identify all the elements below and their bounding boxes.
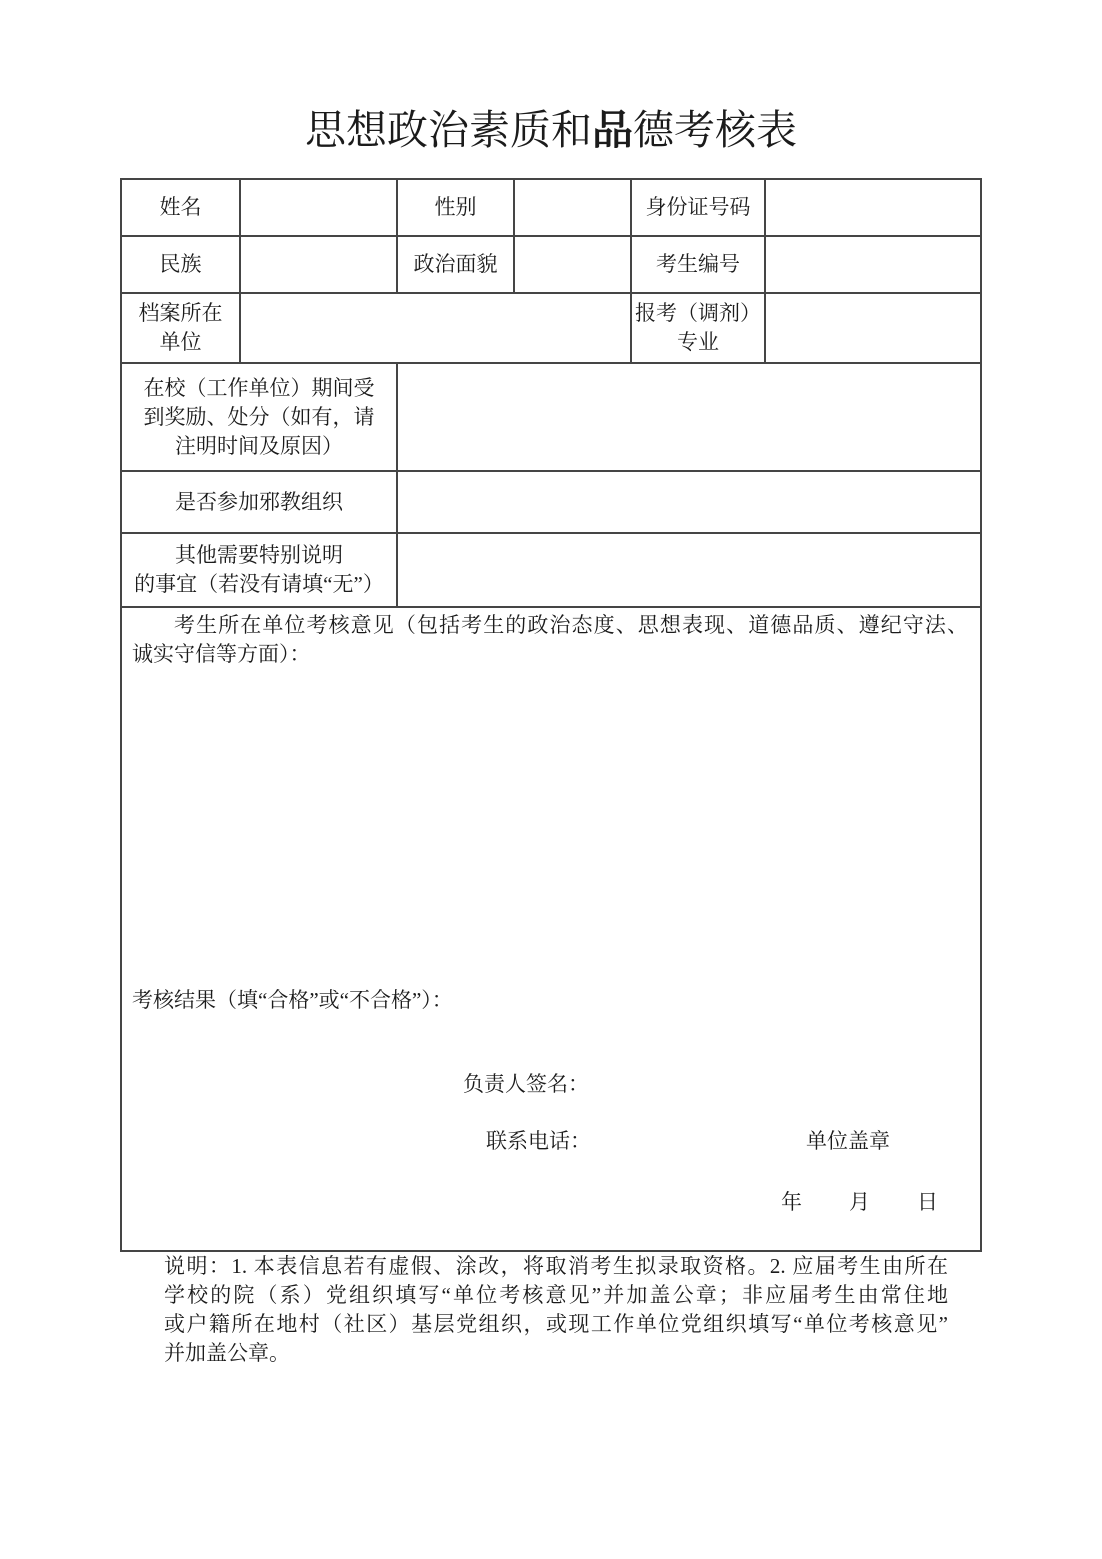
label-line: 的事宜（若没有请填“无”） (122, 570, 396, 599)
form-title: 思想政治素质和品德考核表 (0, 106, 1102, 154)
cult-participation-label: 是否参加邪教组织 (121, 471, 397, 533)
assessment-table: 姓名 性别 身份证号码 民族 政治面貌 考生编号 档案所在 单位 报考（调剂） … (120, 178, 982, 1252)
label-line: 档案所在 (122, 299, 239, 328)
phone-label: 联系电话： (486, 1127, 591, 1156)
label-line: 到奖励、处分（如有，请 (122, 403, 396, 432)
title-prefix: 思想政治素质和 (305, 107, 592, 153)
gender-label: 性别 (397, 179, 514, 236)
title-suffix: 德考核表 (633, 107, 797, 153)
date-day-label: 日 (917, 1188, 938, 1217)
candidate-number-input-cell[interactable] (765, 236, 981, 293)
applied-major-input-cell[interactable] (765, 293, 981, 363)
unit-opinion-heading-line2: 诚实守信等方面）： (132, 640, 968, 669)
unit-opinion-heading: 考生所在单位考核意见（包括考生的政治态度、思想表现、道德品质、遵纪守法、 诚实守… (132, 611, 968, 669)
id-number-label: 身份证号码 (631, 179, 765, 236)
archive-unit-input-cell[interactable] (240, 293, 631, 363)
table-row-ethnicity: 民族 政治面貌 考生编号 (121, 236, 981, 293)
table-row-other: 其他需要特别说明 的事宜（若没有请填“无”） (121, 533, 981, 607)
applied-major-label: 报考（调剂） 专业 (631, 293, 765, 363)
label-line: 其他需要特别说明 (122, 541, 396, 570)
instructions-line3: 或户籍所在地村（社区）基层党组织，或现工作单位党组织填写“单位考核意见” (164, 1310, 948, 1339)
other-matters-label: 其他需要特别说明 的事宜（若没有请填“无”） (121, 533, 397, 607)
other-matters-input-cell[interactable] (397, 533, 981, 607)
table-row-awards: 在校（工作单位）期间受 到奖励、处分（如有，请 注明时间及原因） (121, 363, 981, 471)
label-line: 单位 (122, 328, 239, 357)
unit-opinion-cell[interactable]: 考生所在单位考核意见（包括考生的政治态度、思想表现、道德品质、遵纪守法、 诚实守… (121, 607, 981, 1251)
awards-punishments-label: 在校（工作单位）期间受 到奖励、处分（如有，请 注明时间及原因） (121, 363, 397, 471)
instructions-line2: 学校的院（系）党组织填写“单位考核意见”并加盖公章；非应届考生由常住地 (164, 1281, 948, 1310)
name-label: 姓名 (121, 179, 240, 236)
ethnicity-input-cell[interactable] (240, 236, 397, 293)
title-bold-char: 品 (592, 107, 633, 153)
label-line: 报考（调剂） (632, 299, 764, 328)
archive-unit-label: 档案所在 单位 (121, 293, 240, 363)
ethnicity-label: 民族 (121, 236, 240, 293)
unit-opinion-heading-line1: 考生所在单位考核意见（包括考生的政治态度、思想表现、道德品质、遵纪守法、 (132, 611, 968, 640)
date-line: 年 月 日 (781, 1188, 938, 1217)
candidate-number-label: 考生编号 (631, 236, 765, 293)
table-row-cult: 是否参加邪教组织 (121, 471, 981, 533)
instructions-line1: 说明：1. 本表信息若有虚假、涂改，将取消考生拟录取资格。2. 应届考生由所在 (164, 1252, 948, 1281)
table-row-archive: 档案所在 单位 报考（调剂） 专业 (121, 293, 981, 363)
date-month-label: 月 (849, 1188, 870, 1217)
form-page: 思想政治素质和品德考核表 姓名 性别 身份证号码 民族 政治面貌 考生编号 档案… (0, 0, 1102, 1559)
label-line: 注明时间及原因） (122, 432, 396, 461)
instructions-note: 说明：1. 本表信息若有虚假、涂改，将取消考生拟录取资格。2. 应届考生由所在 … (164, 1252, 948, 1368)
political-status-label: 政治面貌 (397, 236, 514, 293)
name-input-cell[interactable] (240, 179, 397, 236)
awards-punishments-input-cell[interactable] (397, 363, 981, 471)
instructions-line4: 并加盖公章。 (164, 1339, 948, 1368)
label-line: 专业 (632, 328, 764, 357)
label-line: 在校（工作单位）期间受 (122, 374, 396, 403)
table-row-name: 姓名 性别 身份证号码 (121, 179, 981, 236)
gender-input-cell[interactable] (514, 179, 631, 236)
id-number-input-cell[interactable] (765, 179, 981, 236)
unit-seal-label: 单位盖章 (806, 1127, 890, 1156)
cult-participation-input-cell[interactable] (397, 471, 981, 533)
table-row-opinion: 考生所在单位考核意见（包括考生的政治态度、思想表现、道德品质、遵纪守法、 诚实守… (121, 607, 981, 1251)
date-year-label: 年 (781, 1188, 802, 1217)
signature-label: 负责人签名： (463, 1070, 589, 1099)
political-status-input-cell[interactable] (514, 236, 631, 293)
assessment-result-label: 考核结果（填“合格”或“不合格”）： (132, 986, 453, 1015)
